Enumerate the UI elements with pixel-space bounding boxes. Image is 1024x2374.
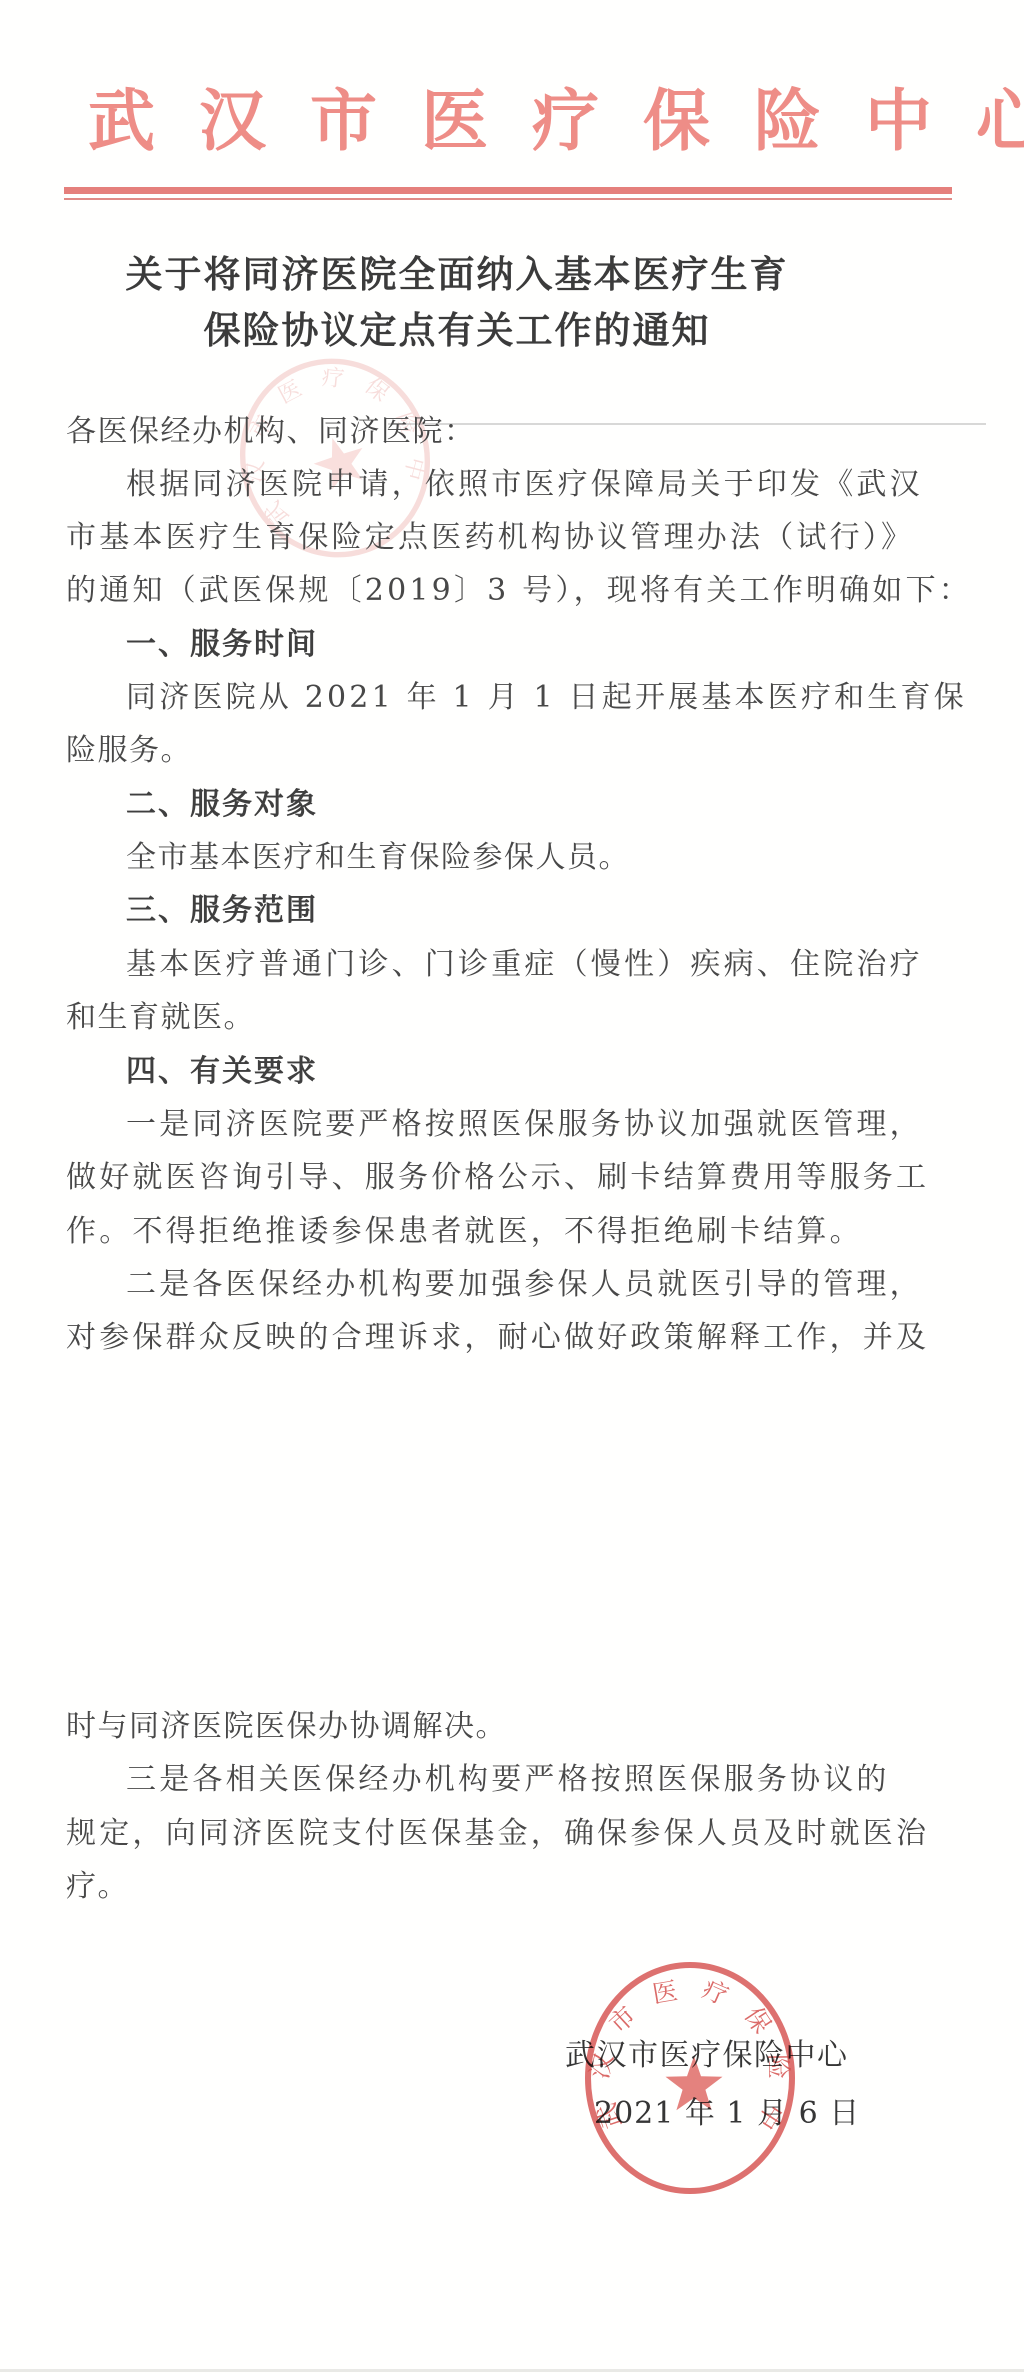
letterhead-org-name: 武汉市医疗保险中心	[88, 68, 1024, 164]
body-line: 全市基本医疗和生育保险参保人员。	[126, 841, 630, 875]
scan-artifact-line	[388, 423, 986, 425]
body-line: 作。不得拒绝推诿参保患者就医，不得拒绝刷卡结算。	[66, 1215, 863, 1249]
body-line: 二是各医保经办机构要加强参保人员就医引导的管理，	[126, 1268, 923, 1302]
body-line: 一是同济医院要严格按照医保服务协议加强就医管理，	[126, 1108, 923, 1142]
body-line: 疗。	[66, 1870, 129, 1904]
svg-text:武汉市医疗保险中心: 武汉市医疗保险中心	[582, 1958, 793, 2153]
document-title-line2: 保险协议定点有关工作的通知	[0, 302, 969, 358]
body-line: 对参保群众反映的合理诉求，耐心做好政策解释工作，并及	[66, 1321, 929, 1355]
body-line: 规定，向同济医院支付医保基金，确保参保人员及时就医治	[66, 1817, 929, 1851]
body-line: 市基本医疗生育保险定点医药机构协议管理办法（试行）》	[66, 521, 914, 555]
letterhead-rule-thick	[64, 187, 952, 194]
scan-bottom-edge	[0, 2369, 1024, 2372]
body-line: 根据同济医院申请，依照市医疗保障局关于印发《武汉	[126, 468, 923, 502]
section-heading: 四、有关要求	[126, 1055, 318, 1089]
star-icon	[666, 2056, 723, 2110]
document-title: 关于将同济医院全面纳入基本医疗生育 保险协议定点有关工作的通知	[0, 246, 969, 358]
body-line: 时与同济医院医保办协调解决。	[66, 1710, 507, 1744]
body-line: 基本医疗普通门诊、门诊重症（慢性）疾病、住院治疗	[126, 948, 923, 982]
section-heading: 二、服务对象	[126, 788, 318, 822]
body-line: 各医保经办机构、同济医院：	[66, 415, 476, 449]
body-line: 三是各相关医保经办机构要严格按照医保服务协议的	[126, 1763, 890, 1797]
letterhead-rule-thin	[64, 198, 952, 200]
document-page: 武汉市医疗保险中心 武汉市医疗保险中心 关于将同济医院全面纳入基本医疗生育 保险…	[0, 0, 1024, 2374]
body-line: 同济医院从 2021 年 1 月 1 日起开展基本医疗和生育保	[126, 681, 967, 715]
body-line: 的通知（武医保规〔2019〕3 号），现将有关工作明确如下：	[66, 574, 972, 608]
section-heading: 一、服务时间	[126, 628, 318, 662]
body-line: 做好就医咨询引导、服务价格公示、刷卡结算费用等服务工	[66, 1161, 929, 1195]
section-heading: 三、服务范围	[126, 894, 318, 928]
body-line: 险服务。	[66, 734, 192, 768]
body-line: 和生育就医。	[66, 1001, 255, 1035]
seal-ring-text: 武汉市医疗保险中心	[582, 1958, 793, 2153]
document-title-line1: 关于将同济医院全面纳入基本医疗生育	[0, 246, 969, 302]
official-seal-stamp: 武汉市医疗保险中心	[582, 1958, 798, 2198]
